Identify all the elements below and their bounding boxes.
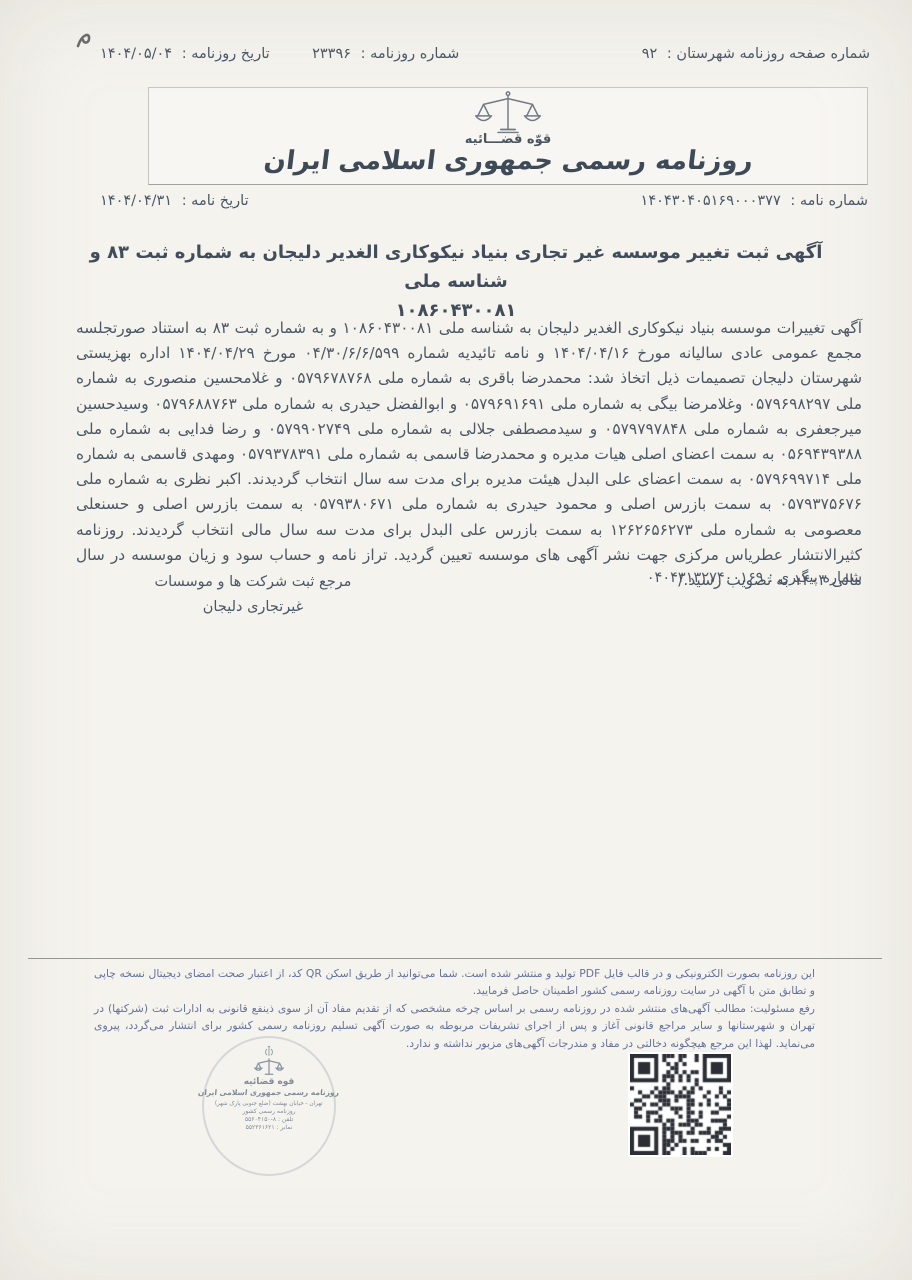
stamp-office: روزنامه رسمی کشور	[242, 1108, 295, 1115]
official-stamp: قوه قضائیه روزنامه رسمی جمهوری اسلامی ای…	[202, 1036, 336, 1176]
disclaimer-paragraph-2: رفع مسئولیت: مطالب آگهی‌های منتشر شده در…	[94, 1000, 815, 1052]
scales-of-justice-icon	[470, 90, 546, 136]
field-label: تاریخ روزنامه :	[182, 46, 270, 62]
field-gazette-number: شماره روزنامه : ۲۳۳۹۶	[312, 46, 459, 62]
field-gazette-date: تاریخ روزنامه : ۱۴۰۴/۰۵/۰۴	[100, 46, 270, 62]
issuing-authority: مرجع ثبت شرکت ها و موسسات غیرتجاری دلیجا…	[118, 570, 388, 620]
field-label: شماره نامه :	[790, 193, 868, 209]
issuing-authority-line2: غیرتجاری دلیجان	[118, 595, 388, 620]
field-letter-date: تاریخ نامه : ۱۴۰۴/۰۴/۳۱	[100, 193, 249, 209]
notice-body: آگهی تغییرات موسسه بنیاد نیکوکاری الغدیر…	[76, 316, 862, 593]
tracking-number: شماره پیگیری : ۰۴۰۴۳۱۳۲۷۴۰۰۱۶۹	[647, 570, 862, 586]
letter-fields-row: شماره نامه : ۱۴۰۴۳۰۴۰۵۱۶۹۰۰۰۳۷۷ تاریخ نا…	[100, 193, 868, 209]
qr-code-container	[630, 1054, 731, 1155]
field-value: ۱۴۰۴/۰۵/۰۴	[100, 46, 172, 62]
disclaimer-paragraph-1: این روزنامه بصورت الکترونیکی و در قالب ف…	[94, 965, 815, 1000]
field-value: ۱۴۰۴۳۰۴۰۵۱۶۹۰۰۰۳۷۷	[641, 193, 781, 209]
field-value: ۲۳۳۹۶	[312, 46, 351, 62]
gazette-page: شماره صفحه روزنامه شهرستان : ۹۲ شماره رو…	[0, 0, 912, 1280]
field-label: تاریخ نامه :	[182, 193, 249, 209]
field-label: شماره روزنامه :	[361, 46, 460, 62]
footer-divider	[28, 958, 882, 959]
notice-title: آگهی ثبت تغییر موسسه غیر تجاری بنیاد نیک…	[80, 238, 832, 325]
field-letter-number: شماره نامه : ۱۴۰۴۳۰۴۰۵۱۶۹۰۰۰۳۷۷	[641, 193, 868, 209]
stamp-authority: قوه قضائیه	[244, 1077, 295, 1087]
footer-disclaimer: این روزنامه بصورت الکترونیکی و در قالب ف…	[94, 965, 815, 1052]
issuing-authority-line1: مرجع ثبت شرکت ها و موسسات	[118, 570, 388, 595]
field-city-page-number: شماره صفحه روزنامه شهرستان : ۹۲	[642, 46, 870, 62]
stamp-address: تهران - خیابان بهشت (ضلع جنوبی پارک شهر)	[215, 1100, 323, 1107]
notice-title-line1: آگهی ثبت تغییر موسسه غیر تجاری بنیاد نیک…	[80, 238, 832, 296]
masthead-top-row: شماره صفحه روزنامه شهرستان : ۹۲ شماره رو…	[100, 46, 870, 62]
masthead-logo-box: قوّه قضـــائیه روزنامه رسمی جمهوری اسلام…	[148, 87, 868, 185]
field-value: ۱۴۰۴/۰۴/۳۱	[100, 193, 172, 209]
stamp-gazette-name: روزنامه رسمی جمهوری اسلامی ایران	[198, 1088, 340, 1097]
qr-code-icon	[630, 1054, 731, 1155]
stamp-fax: نمابر : ۵۵۲۳۶۱۶۲۱	[246, 1124, 293, 1131]
tracking-value: ۰۴۰۴۳۱۳۲۷۴۰۰۱۶۹	[647, 570, 764, 586]
tracking-label: شماره پیگیری :	[768, 570, 862, 586]
field-value: ۹۲	[642, 46, 658, 62]
scales-of-justice-icon	[253, 1057, 285, 1077]
field-label: شماره صفحه روزنامه شهرستان :	[667, 46, 870, 62]
stamp-phone: تلفن : ۸-۵۵۶۰۴۱۵۰	[245, 1116, 293, 1123]
gazette-name: روزنامه رسمی جمهوری اسلامی ایران	[262, 146, 755, 176]
